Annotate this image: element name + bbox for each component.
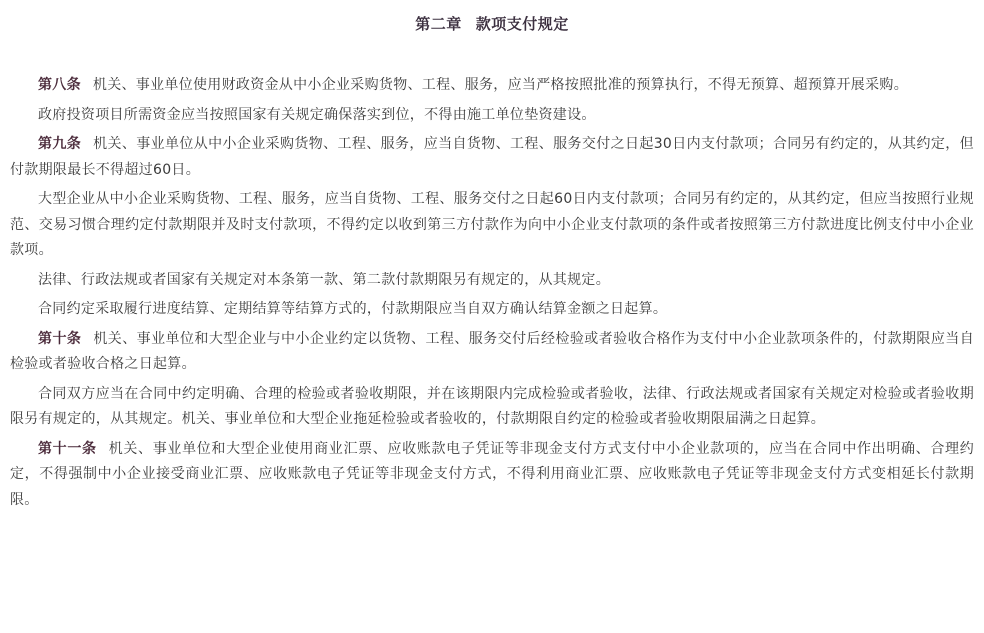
- paragraph-text: 合同双方应当在合同中约定明确、合理的检验或者验收期限，并在该期限内完成检验或者验…: [10, 386, 974, 428]
- paragraph-article-10: 第十条机关、事业单位和大型企业与中小企业约定以货物、工程、服务交付后经检验或者验…: [10, 327, 974, 378]
- chapter-name: 款项支付规定: [476, 15, 569, 33]
- paragraph-article-9-3: 法律、行政法规或者国家有关规定对本条第一款、第二款付款期限另有规定的，从其规定。: [10, 268, 974, 294]
- paragraph-text: 机关、事业单位从中小企业采购货物、工程、服务，应当自货物、工程、服务交付之日起3…: [10, 136, 974, 178]
- document-page: 第二章款项支付规定 第八条机关、事业单位使用财政资金从中小企业采购货物、工程、服…: [0, 0, 984, 633]
- paragraph-text: 政府投资项目所需资金应当按照国家有关规定确保落实到位，不得由施工单位垫资建设。: [38, 107, 596, 123]
- paragraph-article-8: 第八条机关、事业单位使用财政资金从中小企业采购货物、工程、服务，应当严格按照批准…: [10, 73, 974, 99]
- paragraph-article-10-2: 合同双方应当在合同中约定明确、合理的检验或者验收期限，并在该期限内完成检验或者验…: [10, 382, 974, 433]
- article-number: 第十条: [38, 331, 81, 347]
- article-number: 第八条: [38, 77, 81, 93]
- paragraph-text: 机关、事业单位使用财政资金从中小企业采购货物、工程、服务，应当严格按照批准的预算…: [93, 77, 908, 93]
- paragraph-article-11: 第十一条机关、事业单位和大型企业使用商业汇票、应收账款电子凭证等非现金支付方式支…: [10, 437, 974, 514]
- paragraph-text: 大型企业从中小企业采购货物、工程、服务，应当自货物、工程、服务交付之日起60日内…: [10, 191, 974, 258]
- paragraph-text: 法律、行政法规或者国家有关规定对本条第一款、第二款付款期限另有规定的，从其规定。: [38, 272, 610, 288]
- paragraph-text: 机关、事业单位和大型企业使用商业汇票、应收账款电子凭证等非现金支付方式支付中小企…: [10, 441, 974, 508]
- paragraph-text: 机关、事业单位和大型企业与中小企业约定以货物、工程、服务交付后经检验或者验收合格…: [10, 331, 974, 373]
- article-number: 第十一条: [38, 441, 97, 457]
- paragraph-article-9-2: 大型企业从中小企业采购货物、工程、服务，应当自货物、工程、服务交付之日起60日内…: [10, 187, 974, 264]
- paragraph-text: 合同约定采取履行进度结算、定期结算等结算方式的，付款期限应当自双方确认结算金额之…: [38, 301, 667, 317]
- article-number: 第九条: [38, 136, 81, 152]
- paragraph-article-8-2: 政府投资项目所需资金应当按照国家有关规定确保落实到位，不得由施工单位垫资建设。: [10, 103, 974, 129]
- paragraph-article-9: 第九条机关、事业单位从中小企业采购货物、工程、服务，应当自货物、工程、服务交付之…: [10, 132, 974, 183]
- chapter-number: 第二章: [415, 15, 462, 33]
- article-content: 第八条机关、事业单位使用财政资金从中小企业采购货物、工程、服务，应当严格按照批准…: [10, 73, 974, 513]
- chapter-title: 第二章款项支付规定: [10, 0, 974, 36]
- paragraph-article-9-4: 合同约定采取履行进度结算、定期结算等结算方式的，付款期限应当自双方确认结算金额之…: [10, 297, 974, 323]
